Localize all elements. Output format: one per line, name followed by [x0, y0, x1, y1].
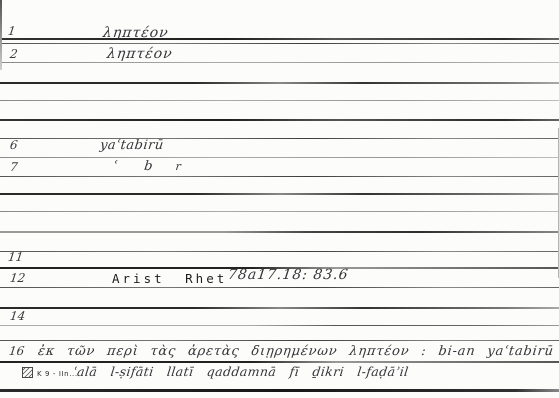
mark-ayn: ʿ: [112, 159, 118, 174]
stamp-icon: [22, 367, 33, 378]
mark-r: r: [175, 160, 182, 173]
ruled-line: [0, 361, 560, 363]
mark-b: b: [143, 159, 154, 174]
footer-handwritten-transliteration: ʿalā l-ṣifāti llatī qaddamnā fī ḏikri l-…: [72, 364, 409, 379]
ruled-line: [0, 176, 560, 177]
line-number-1: 1: [7, 24, 16, 38]
entry-1-greek: ληπτέον: [102, 25, 170, 41]
ruled-line: [0, 100, 560, 101]
line-number-6: 6: [9, 138, 18, 152]
ruled-line: [0, 82, 560, 84]
line-number-11: 11: [7, 250, 24, 264]
ruled-line: [0, 231, 560, 233]
ruled-line: [0, 251, 560, 252]
line-number-14: 14: [9, 309, 26, 323]
entry-12-handwritten-citation: 78a17.18: 83.6: [227, 267, 350, 283]
ruled-line: [0, 138, 560, 139]
entry-7-root-marks: ʿ b r: [112, 159, 182, 174]
ruled-line: [0, 211, 560, 212]
entry-6-transliteration: yaʿtabirū: [99, 138, 164, 153]
ruled-line: [0, 43, 560, 44]
line-number-12: 12: [9, 271, 26, 285]
line-number-2: 2: [9, 47, 18, 61]
card-bottom-edge: [0, 389, 560, 392]
entry-2-greek: ληπτέον: [106, 46, 174, 62]
ruled-line: [0, 119, 560, 121]
ruled-line: [0, 157, 560, 158]
ruled-line: [0, 340, 560, 341]
line-number-7: 7: [9, 160, 18, 174]
ruled-line: [0, 287, 560, 288]
ruled-line: [0, 62, 560, 63]
scan-edge-left: [0, 0, 2, 70]
line-number-16: 16: [8, 344, 25, 358]
ruled-line: [0, 307, 560, 309]
ruled-line: [0, 38, 560, 40]
ruled-line: [0, 325, 560, 326]
entry-16-greek-arabic: ἐκ τῶν περὶ τὰς ἀρετὰς διῃρημένων ληπτέο…: [37, 344, 555, 359]
entry-12-typed-reference: Arist Rhet: [112, 271, 227, 286]
scanned-index-card: 1 ληπτέον 2 ληπτέον 6 yaʿtabirū 7 ʿ b r …: [0, 0, 560, 398]
ruled-line: [0, 193, 560, 195]
